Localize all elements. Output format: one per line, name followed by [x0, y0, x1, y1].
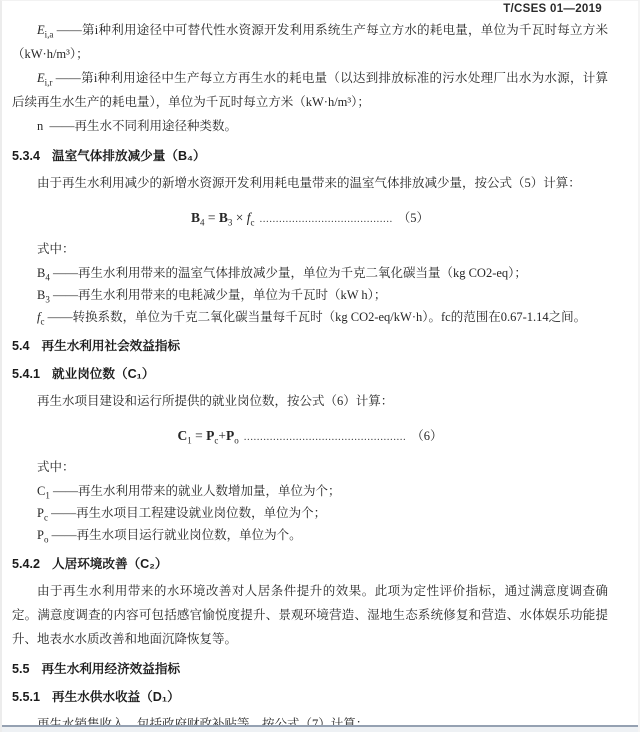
heading-title: 温室气体排放减少量（B₄）: [52, 149, 206, 163]
definition-list-5-4-1: C1 ——再生水利用带来的就业人数增加量，单位为个； Pc ——再生水项目工程建…: [12, 480, 608, 546]
dot-leader: ........................................…: [244, 431, 407, 443]
dot-leader: ........................................…: [260, 213, 393, 225]
heading-title: 再生水利用经济效益指标: [42, 662, 181, 676]
heading-5-5-1: 5.5.1再生水供水收益（D₁）: [12, 687, 608, 707]
symbol-Eia: Ei,a: [37, 23, 53, 37]
doc-number: T/CSES 01—2019: [503, 3, 602, 15]
definition-item-eia: Ei,a ——第i种利用途径中可替代性水资源开发利用系统生产每立方水的耗电量，单…: [12, 18, 608, 66]
definition-text: ——再生水利用带来的电耗减少量，单位为千瓦时（kW h）；: [53, 288, 386, 302]
heading-number: 5.3.4: [12, 149, 40, 163]
definition-text: ——第i种利用途径中可替代性水资源开发利用系统生产每立方水的耗电量，单位为千瓦时…: [12, 23, 608, 61]
heading-title: 再生水供水收益（D₁）: [52, 690, 180, 704]
paragraph-5-4-2-body: 由于再生水利用带来的水环境改善对人居条件提升的效果。此项为定性评价指标，通过满意…: [12, 579, 608, 651]
symbol-B3: B3: [37, 288, 50, 302]
definition-item-b3: B3 ——再生水利用带来的电耗减少量，单位为千瓦时（kW h）；: [12, 284, 608, 306]
symbol-Pc: Pc: [37, 506, 48, 520]
heading-number: 5.4: [12, 339, 30, 353]
definition-text: ——再生水项目运行就业岗位数，单位为个。: [52, 528, 302, 542]
heading-5-5: 5.5再生水利用经济效益指标: [12, 659, 608, 679]
heading-5-4-1: 5.4.1就业岗位数（C₁）: [12, 364, 608, 384]
definition-text: ——转换系数，单位为千克二氧化碳当量每千瓦时（kg CO2-eq/kW·h）。f…: [48, 310, 587, 324]
symbol-B4: B4: [37, 266, 50, 280]
formula-5: B4 = B3 × fc............................…: [12, 206, 608, 231]
heading-number: 5.4.2: [12, 557, 40, 571]
heading-5-4-2: 5.4.2人居环境改善（C₂）: [12, 554, 608, 574]
formula-6-number: （6）: [411, 429, 442, 443]
formula-6-math: C1 = Pc+Po: [177, 428, 238, 443]
paragraph-5-3-4-intro: 由于再生水利用减少的新增水资源开发利用耗电量带来的温室气体排放减少量，按公式（5…: [12, 172, 608, 195]
definition-item-po: Po ——再生水项目运行就业岗位数，单位为个。: [12, 524, 608, 546]
heading-number: 5.4.1: [12, 367, 40, 381]
definition-text: ——再生水不同利用途径种类数。: [50, 119, 238, 133]
definition-item-pc: Pc ——再生水项目工程建设就业岗位数，单位为个；: [12, 502, 608, 524]
symbol-fc: fc: [37, 310, 44, 324]
symbol-Po: Po: [37, 528, 48, 542]
definition-item-b4: B4 ——再生水利用带来的温室气体排放减少量，单位为千克二氧化碳当量（kg CO…: [12, 262, 608, 284]
heading-title: 人居环境改善（C₂）: [52, 557, 167, 571]
symbol-C1: C1: [37, 484, 50, 498]
heading-title: 再生水利用社会效益指标: [42, 339, 181, 353]
formula-5-math: B4 = B3 × fc: [191, 210, 255, 225]
definition-text: ——第i种利用途径中生产每立方再生水的耗电量（以达到排放标准的污水处理厂出水为水…: [12, 71, 608, 109]
symbol-Eir: Ei,r: [37, 71, 52, 85]
heading-5-4: 5.4再生水利用社会效益指标: [12, 336, 608, 356]
document-page: T/CSES 01—2019 Ei,a ——第i种利用途径中可替代性水资源开发利…: [0, 0, 640, 732]
definition-item-fc: fc ——转换系数，单位为千克二氧化碳当量每千瓦时（kg CO2-eq/kW·h…: [12, 306, 608, 328]
symbol-n: n: [37, 119, 43, 133]
where-label: 式中：: [12, 238, 608, 261]
formula-5-number: （5）: [398, 211, 429, 225]
formula-6: C1 = Pc+Po..............................…: [12, 424, 608, 449]
definition-item-n: n ——再生水不同利用途径种类数。: [12, 114, 608, 138]
heading-title: 就业岗位数（C₁）: [52, 367, 154, 381]
where-label: 式中：: [12, 456, 608, 479]
definition-text: ——再生水项目工程建设就业岗位数，单位为个；: [51, 506, 326, 520]
definition-item-c1: C1 ——再生水利用带来的就业人数增加量，单位为个；: [12, 480, 608, 502]
definition-text: ——再生水利用带来的温室气体排放减少量，单位为千克二氧化碳当量（kg CO2-e…: [53, 266, 527, 280]
definition-text: ——再生水利用带来的就业人数增加量，单位为个；: [53, 484, 341, 498]
paragraph-5-4-1-intro: 再生水项目建设和运行所提供的就业岗位数，按公式（6）计算：: [12, 390, 608, 413]
definition-list-5-3-4: B4 ——再生水利用带来的温室气体排放减少量，单位为千克二氧化碳当量（kg CO…: [12, 262, 608, 328]
heading-number: 5.5.1: [12, 690, 40, 704]
definition-item-eir: Ei,r ——第i种利用途径中生产每立方再生水的耗电量（以达到排放标准的污水处理…: [12, 66, 608, 114]
heading-5-3-4: 5.3.4温室气体排放减少量（B₄）: [12, 146, 608, 166]
heading-number: 5.5: [12, 662, 30, 676]
page-bottom-edge: [2, 725, 638, 732]
page-content: Ei,a ——第i种利用途径中可替代性水资源开发利用系统生产每立方水的耗电量，单…: [2, 1, 638, 732]
running-header: T/CSES 01—2019: [503, 3, 602, 15]
